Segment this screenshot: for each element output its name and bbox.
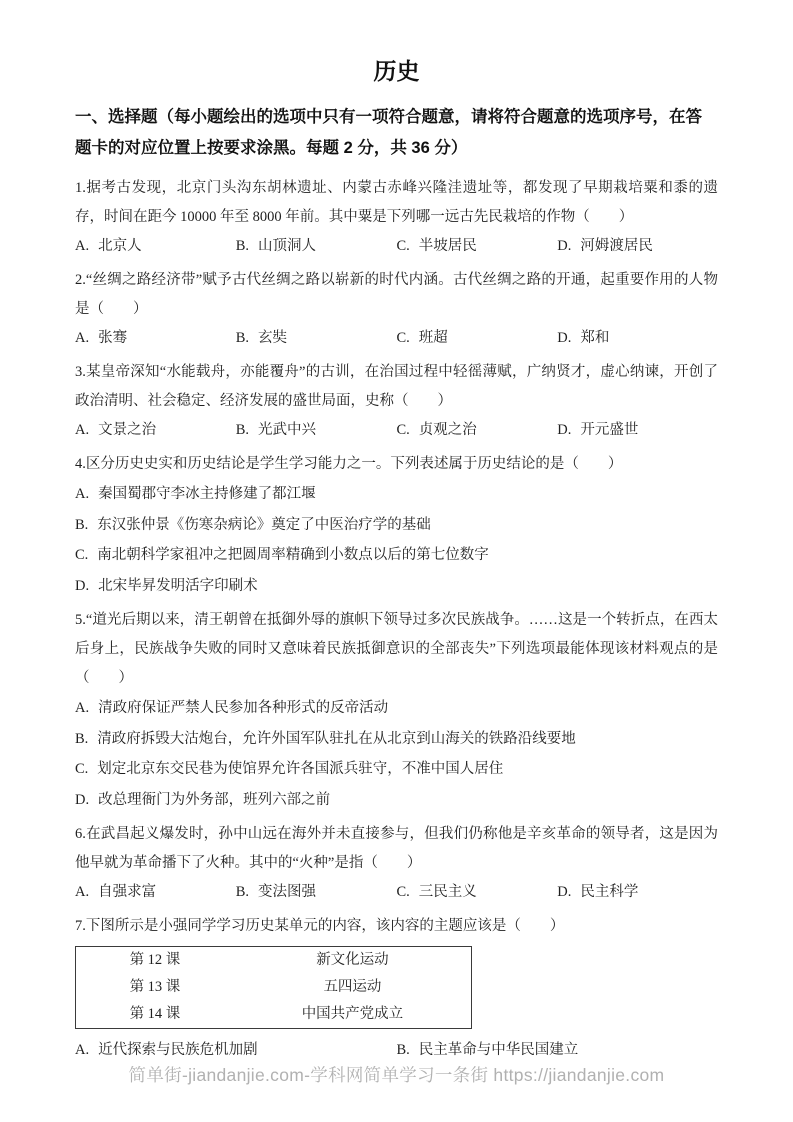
option-c-label: C. [397,884,410,900]
option-d: D.改总理衙门为外务部，班列六部之前 [75,785,718,816]
option-a-text: 清政府保证严禁人民参加各种形式的反帝活动 [98,700,388,716]
option-c: C.半坡居民 [397,232,558,261]
option-d-label: D. [557,330,571,346]
option-a-text: 文景之治 [98,422,156,438]
option-b: B.清政府拆毁大沽炮台，允许外国军队驻扎在从北京到山海关的铁路沿线要地 [75,724,718,755]
option-d-text: 改总理衙门为外务部，班列六部之前 [98,792,330,808]
option-c-text: 划定北京东交民巷为使馆界允许各国派兵驻守，不准中国人居住 [97,761,503,777]
option-d-text: 郑和 [580,330,609,346]
option-a-text: 张骞 [98,330,127,346]
lesson-number-cell: 第 14 课 [76,1001,234,1029]
question-2: 2.“丝绸之路经济带”赋予古代丝绸之路以崭新的时代内涵。古代丝绸之路的开通，起重… [75,266,718,353]
option-d-label: D. [75,578,89,594]
question-7-options: A.近代探索与民族危机加剧 B.民主革命与中华民国建立 [75,1036,718,1065]
question-7: 7.下图所示是小强同学学习历史某单元的内容，该内容的主题应该是（ ） 第 12 … [75,912,718,1065]
option-a-text: 近代探索与民族危机加剧 [98,1042,258,1058]
question-4-options: A.秦国蜀郡守李冰主持修建了都江堰 B.东汉张仲景《伤寒杂病论》奠定了中医治疗学… [75,479,718,601]
option-b-label: B. [236,884,249,900]
option-b-text: 清政府拆毁大沽炮台，允许外国军队驻扎在从北京到山海关的铁路沿线要地 [97,731,576,747]
option-b-label: B. [397,1042,410,1058]
option-c-label: C. [75,547,88,563]
option-b-text: 东汉张仲景《伤寒杂病论》奠定了中医治疗学的基础 [97,517,431,533]
lesson-title-cell: 新文化运动 [234,947,472,975]
option-a-label: A. [75,700,89,716]
option-b: B.光武中兴 [236,416,397,445]
question-5-stem: 5.“道光后期以来，清王朝曾在抵御外辱的旗帜下领导过多次民族战争。……这是一个转… [75,606,718,693]
table-row: 第 12 课 新文化运动 [76,947,472,975]
question-4: 4.区分历史史实和历史结论是学生学习能力之一。下列表述属于历史结论的是（ ） A… [75,450,718,601]
question-1-options: A.北京人 B.山顶洞人 C.半坡居民 D.河姆渡居民 [75,232,718,261]
lesson-number-cell: 第 13 课 [76,974,234,1001]
option-a: A.张骞 [75,324,236,353]
option-b-text: 光武中兴 [258,422,316,438]
option-b-text: 玄奘 [258,330,287,346]
option-b-text: 变法图强 [258,884,316,900]
question-2-options: A.张骞 B.玄奘 C.班超 D.郑和 [75,324,718,353]
option-a-text: 北京人 [98,238,142,254]
option-c-label: C. [397,238,410,254]
option-a-text: 自强求富 [98,884,156,900]
question-6: 6.在武昌起义爆发时，孙中山远在海外并未直接参与，但我们仍称他是辛亥革命的领导者… [75,820,718,907]
option-b-label: B. [236,238,249,254]
option-a: A.秦国蜀郡守李冰主持修建了都江堰 [75,479,718,510]
watermark-footer: 简单街-jiandanjie.com-学科网简单学习一条街 https://ji… [0,1062,793,1087]
question-1-stem: 1.据考古发现，北京门头沟东胡林遗址、内蒙古赤峰兴隆洼遗址等，都发现了早期栽培粟… [75,174,718,232]
option-c-label: C. [397,330,410,346]
question-6-stem: 6.在武昌起义爆发时，孙中山远在海外并未直接参与，但我们仍称他是辛亥革命的领导者… [75,820,718,878]
option-a: A.清政府保证严禁人民参加各种形式的反帝活动 [75,693,718,724]
option-c-text: 贞观之治 [419,422,477,438]
option-a-label: A. [75,422,89,438]
unit-content-table: 第 12 课 新文化运动 第 13 课 五四运动 第 14 课 中国共产党成立 [75,946,472,1029]
option-b-label: B. [236,422,249,438]
option-b: B.东汉张仲景《伤寒杂病论》奠定了中医治疗学的基础 [75,510,718,541]
option-b: B.民主革命与中华民国建立 [397,1036,719,1065]
option-d-label: D. [557,884,571,900]
option-b-label: B. [75,731,88,747]
page-title: 历史 [75,56,718,86]
option-c-text: 班超 [419,330,448,346]
option-d-label: D. [557,238,571,254]
question-1: 1.据考古发现，北京门头沟东胡林遗址、内蒙古赤峰兴隆洼遗址等，都发现了早期栽培粟… [75,174,718,261]
option-c: C.班超 [397,324,558,353]
question-3-options: A.文景之治 B.光武中兴 C.贞观之治 D.开元盛世 [75,416,718,445]
option-a-label: A. [75,330,89,346]
option-a: A.文景之治 [75,416,236,445]
option-c-label: C. [397,422,410,438]
option-d-text: 民主科学 [580,884,638,900]
option-a-text: 秦国蜀郡守李冰主持修建了都江堰 [98,486,316,502]
question-5: 5.“道光后期以来，清王朝曾在抵御外辱的旗帜下领导过多次民族战争。……这是一个转… [75,606,718,815]
option-a-label: A. [75,486,89,502]
lesson-title-cell: 五四运动 [234,974,472,1001]
option-b: B.变法图强 [236,878,397,907]
option-b-text: 民主革命与中华民国建立 [419,1042,579,1058]
question-5-options: A.清政府保证严禁人民参加各种形式的反帝活动 B.清政府拆毁大沽炮台，允许外国军… [75,693,718,815]
table-row: 第 13 课 五四运动 [76,974,472,1001]
lesson-title-cell: 中国共产党成立 [234,1001,472,1029]
option-d-text: 开元盛世 [580,422,638,438]
option-a-label: A. [75,884,89,900]
lesson-number-cell: 第 12 课 [76,947,234,975]
option-a-label: A. [75,1042,89,1058]
option-d: D.河姆渡居民 [557,232,718,261]
option-a: A.自强求富 [75,878,236,907]
option-d: D.开元盛世 [557,416,718,445]
option-d: D.郑和 [557,324,718,353]
question-4-stem: 4.区分历史史实和历史结论是学生学习能力之一。下列表述属于历史结论的是（ ） [75,450,718,479]
question-6-options: A.自强求富 B.变法图强 C.三民主义 D.民主科学 [75,878,718,907]
option-c: C.贞观之治 [397,416,558,445]
option-b-label: B. [236,330,249,346]
option-a: A.北京人 [75,232,236,261]
option-c-text: 三民主义 [419,884,477,900]
option-c: C.划定北京东交民巷为使馆界允许各国派兵驻守，不准中国人居住 [75,754,718,785]
option-c-text: 南北朝科学家祖冲之把圆周率精确到小数点以后的第七位数字 [97,547,489,563]
option-c: C.三民主义 [397,878,558,907]
question-7-stem: 7.下图所示是小强同学学习历史某单元的内容，该内容的主题应该是（ ） [75,912,718,941]
option-d-text: 河姆渡居民 [580,238,653,254]
option-d: D.北宋毕昇发明活字印刷术 [75,571,718,602]
option-d-label: D. [557,422,571,438]
option-c-text: 半坡居民 [419,238,477,254]
option-a: A.近代探索与民族危机加剧 [75,1036,397,1065]
option-c-label: C. [75,761,88,777]
section-heading: 一、选择题（每小题绘出的选项中只有一项符合题意，请将符合题意的选项序号，在答题卡… [75,102,718,164]
option-b-text: 山顶洞人 [258,238,316,254]
option-b: B.山顶洞人 [236,232,397,261]
option-c: C.南北朝科学家祖冲之把圆周率精确到小数点以后的第七位数字 [75,540,718,571]
exam-page: 历史 一、选择题（每小题绘出的选项中只有一项符合题意，请将符合题意的选项序号，在… [0,0,793,1065]
option-a-label: A. [75,238,89,254]
table-row: 第 14 课 中国共产党成立 [76,1001,472,1029]
option-b-label: B. [75,517,88,533]
question-3: 3.某皇帝深知“水能载舟，亦能覆舟”的古训，在治国过程中轻徭薄赋，广纳贤才，虚心… [75,358,718,445]
question-3-stem: 3.某皇帝深知“水能载舟，亦能覆舟”的古训，在治国过程中轻徭薄赋，广纳贤才，虚心… [75,358,718,416]
option-b: B.玄奘 [236,324,397,353]
option-d-label: D. [75,792,89,808]
option-d-text: 北宋毕昇发明活字印刷术 [98,578,258,594]
option-d: D.民主科学 [557,878,718,907]
question-2-stem: 2.“丝绸之路经济带”赋予古代丝绸之路以崭新的时代内涵。古代丝绸之路的开通，起重… [75,266,718,324]
